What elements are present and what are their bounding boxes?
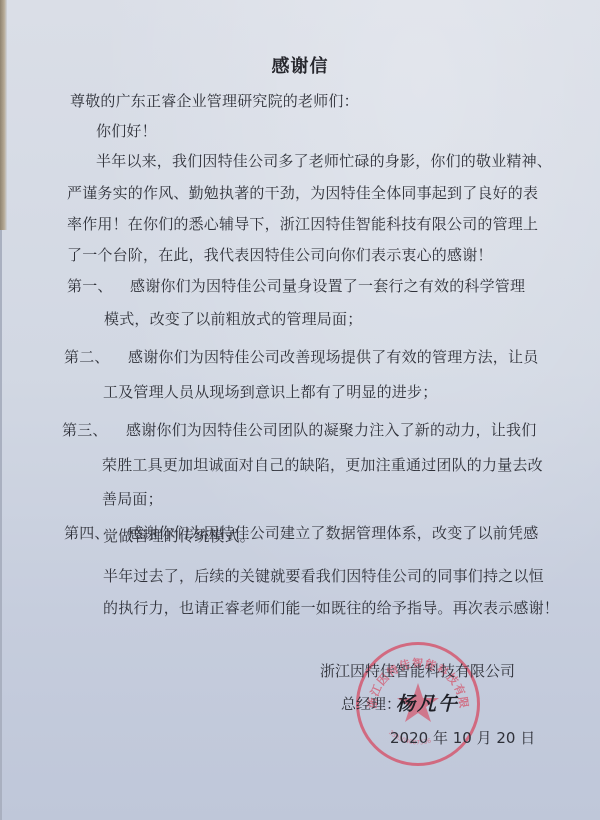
company-name: 浙江因特佳智能科技有限公司 [320, 660, 515, 681]
closing-line: 半年过去了，后续的关键就要看我们因特佳公司的同事们持之以恒 [103, 566, 544, 586]
point-line: 工及管理人员从现场到意识上都有了明显的进步； [103, 382, 437, 402]
date: 2020 年 10 月 20 日 [390, 727, 535, 748]
closing-line: 的执行力，也请正睿老师们能一如既往的给予指导。再次表示感谢！ [103, 598, 559, 618]
gm-label: 总经理： [341, 693, 401, 714]
letter-title: 感谢信 [0, 52, 600, 78]
lighting-overlay [0, 0, 600, 820]
point-line: 感谢你们为因特佳公司团队的凝聚力注入了新的动力，让我们 [126, 420, 536, 440]
signature: 杨凡午 [396, 689, 459, 716]
point-line: 感谢你们为因特佳公司量身设置了一套行之有效的科学管理 [130, 276, 525, 296]
point-label: 第一、 [67, 276, 113, 296]
intro-line: 了一个台阶，在此，我代表因特佳公司向你们表示衷心的感谢！ [67, 245, 493, 265]
point-label: 第二、 [64, 347, 110, 367]
paper-edge [0, 230, 2, 820]
greeting: 你们好！ [96, 121, 157, 141]
intro-line: 严谨务实的作风、勤勉执著的干劲，为因特佳全体同事起到了良好的表 [67, 183, 538, 203]
intro-line: 半年以来，我们因特佳公司多了老师忙碌的身影，你们的敬业精神、 [96, 151, 552, 171]
desk-edge [0, 0, 7, 230]
point-line: 模式，改变了以前粗放式的管理局面； [104, 309, 362, 329]
point-4-line-2: 觉做管理的传统模式。 [103, 526, 255, 546]
point-line: 善局面； [102, 489, 163, 509]
point-line: 感谢你们为因特佳公司改善现场提供了有效的管理方法，让员 [128, 347, 538, 367]
salutation: 尊敬的广东正睿企业管理研究院的老师们： [70, 91, 359, 111]
point-label: 第三、 [62, 420, 108, 440]
intro-line: 率作用！在你们的悉心辅导下，浙江因特佳智能科技有限公司的管理上 [67, 214, 538, 234]
point-line: 荣胜工具更加坦诚面对自己的缺陷，更加注重通过团队的力量去改 [102, 455, 543, 475]
